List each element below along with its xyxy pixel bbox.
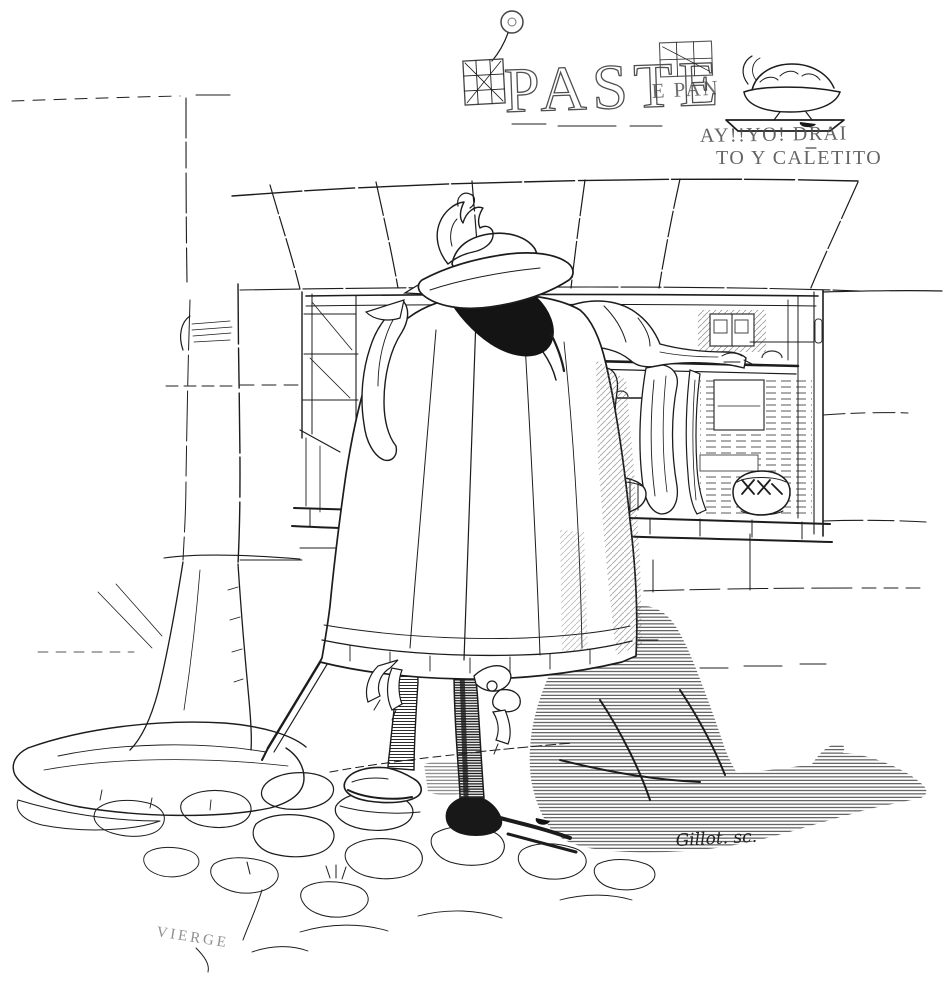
shop-sign-sub: E PAN [651,75,720,103]
steam-curl [743,56,752,84]
engraver-signature: Gillot. sc. [675,827,757,851]
jamb-latch [815,319,822,343]
plumed-hat [405,193,573,308]
sign-lattice-box [463,59,505,105]
shutter-opening [698,310,766,352]
signage: PASTE E PAN AY!!YO! DRAI TO Y CALETITO [463,11,882,169]
window-sign-line1: AY!!YO! DRAI [700,122,848,147]
sign-ring-ornament [501,11,523,33]
right-leg [454,670,484,798]
artist-signature: VIERGE [155,924,230,951]
pastry-dish [726,56,844,131]
grass-tuft [326,865,346,879]
pastry-on-bar [762,351,782,358]
etching-canvas: PASTE E PAN AY!!YO! DRAI TO Y CALETITO [0,0,950,1000]
window-sign-line2: TO Y CALETITO [716,147,882,169]
cloak [320,295,637,680]
collar-flap [366,300,404,320]
right-shoe [446,798,503,836]
illustration: PASTE E PAN AY!!YO! DRAI TO Y CALETITO [0,0,950,1000]
round-pot [733,471,790,515]
millstone-base [13,722,306,830]
stone-pillar [38,284,302,750]
